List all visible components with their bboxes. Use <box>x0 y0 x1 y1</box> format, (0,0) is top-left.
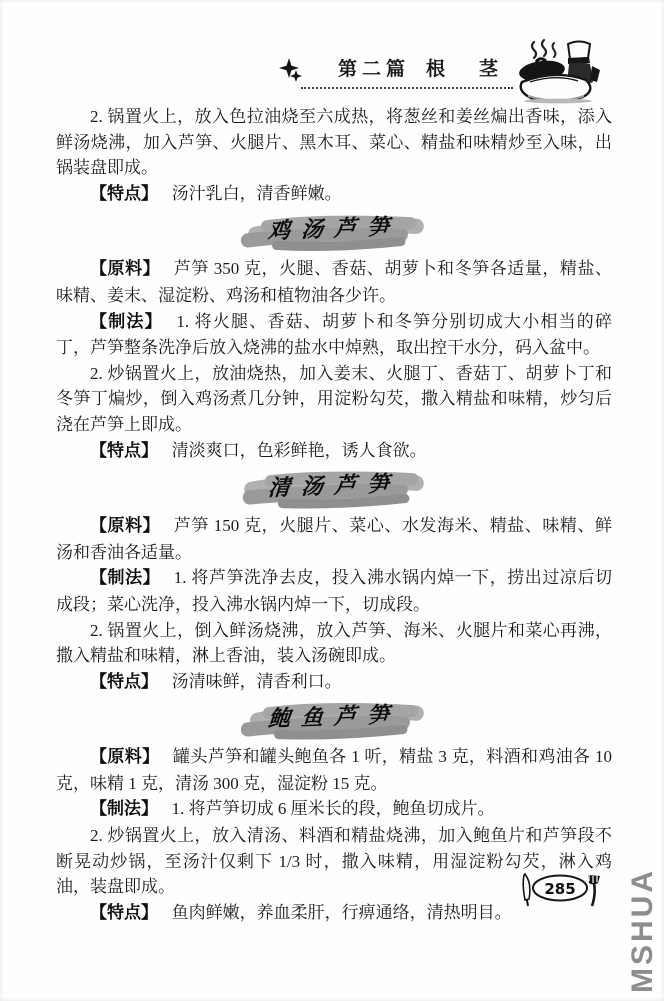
cookbook-page: 第二篇根茎 2. 锅置火上，放入色拉油烧至六成热，将葱丝和姜丝煸出香味，添入鲜汤… <box>0 0 664 1001</box>
recipe-title-banner: 清汤芦笋 <box>56 467 612 509</box>
method-paragraph: 【制法】1. 将芦笋洗净去皮，投入沸水锅内焯一下，捞出过凉后切成段；菜心洗净，投… <box>56 565 612 617</box>
recipe-title: 鸡汤芦笋 <box>267 215 401 245</box>
method-step1-text: 1. 将芦笋切成 6 厘米长的段，鲍鱼切成片。 <box>172 799 495 818</box>
method-paragraph: 【制法】1. 将火腿、香菇、胡萝卜和冬笋分别切成大小相当的碎丁，芦笋整条洗净后放… <box>56 309 612 361</box>
chapter-label: 第二篇 <box>338 58 410 80</box>
method-step2-paragraph: 2. 锅置火上，倒入鲜汤烧沸，放入芦笋、海米、火腿片和菜心再沸，撒入精盐和味精，… <box>56 618 612 669</box>
watermark-text: MSHUA <box>626 869 660 993</box>
page-header: 第二篇根茎 <box>0 0 664 106</box>
chapter-title: 第二篇根茎 <box>338 54 508 81</box>
recipe-title: 清汤芦笋 <box>267 472 401 502</box>
ingredients-paragraph: 【原料】芦笋 150 克，火腿片、菜心、水发海米、精盐、味精、鲜汤和香油各适量。 <box>56 513 612 565</box>
banner-chicken-soup-asparagus: 鸡汤芦笋 <box>238 210 430 253</box>
recipe-title-banner: 鲍鱼芦笋 <box>56 698 612 740</box>
page-number: 285 <box>544 880 575 898</box>
feature-label: 【特点】 <box>90 441 158 461</box>
page-number-plate-icon: 285 <box>516 870 604 910</box>
method-label: 【制法】 <box>90 568 160 588</box>
intro-step-paragraph: 2. 锅置火上，放入色拉油烧至六成热，将葱丝和姜丝煸出香味，添入鲜汤烧沸，加入芦… <box>56 104 612 181</box>
ingredients-label: 【原料】 <box>90 747 159 767</box>
ingredients-paragraph: 【原料】罐头芦笋和罐头鲍鱼各 1 听，精盐 3 克，料酒和鸡油各 10 克，味精… <box>56 744 612 796</box>
feature-label: 【特点】 <box>90 672 158 692</box>
page-body: 2. 锅置火上，放入色拉油烧至六成热，将葱丝和姜丝煸出香味，添入鲜汤烧沸，加入芦… <box>56 104 612 926</box>
feature-paragraph: 【特点】清淡爽口，色彩鲜艳，诱人食欲。 <box>56 438 612 465</box>
intro-feature-paragraph: 【特点】汤汁乳白，清香鲜嫩。 <box>56 181 612 208</box>
recipe-title: 鲍鱼芦笋 <box>267 703 401 733</box>
feature-text: 汤汁乳白，清香鲜嫩。 <box>172 184 342 203</box>
ingredients-paragraph: 【原料】芦笋 350 克，火腿、香菇、胡萝卜和冬笋各适量，精盐、味精、姜末、湿淀… <box>56 256 612 308</box>
banner-abalone-asparagus: 鲍鱼芦笋 <box>238 698 430 741</box>
recipe-title-banner: 鸡汤芦笋 <box>56 210 612 252</box>
feature-label: 【特点】 <box>90 184 158 204</box>
chef-pot-illustration-icon <box>506 38 606 104</box>
chapter-word-stem: 茎 <box>479 58 498 80</box>
method-label: 【制法】 <box>90 312 163 332</box>
feature-text: 汤清味鲜，清香利口。 <box>172 672 342 691</box>
feature-text: 清淡爽口，色彩鲜艳，诱人食欲。 <box>172 441 427 460</box>
method-label: 【制法】 <box>90 799 158 819</box>
page-footer: 285 <box>0 870 664 912</box>
ingredients-label: 【原料】 <box>90 259 160 279</box>
banner-clear-soup-asparagus: 清汤芦笋 <box>238 467 430 510</box>
method-paragraph: 【制法】1. 将芦笋切成 6 厘米长的段，鲍鱼切成片。 <box>56 796 612 823</box>
feature-paragraph: 【特点】汤清味鲜，清香利口。 <box>56 669 612 696</box>
method-step2-paragraph: 2. 炒锅置火上，放油烧热，加入姜末、火腿丁、香菇丁、胡萝卜丁和冬笋丁煸炒，倒入… <box>56 361 612 438</box>
ingredients-label: 【原料】 <box>90 516 160 536</box>
chapter-word-root: 根 <box>426 58 445 80</box>
